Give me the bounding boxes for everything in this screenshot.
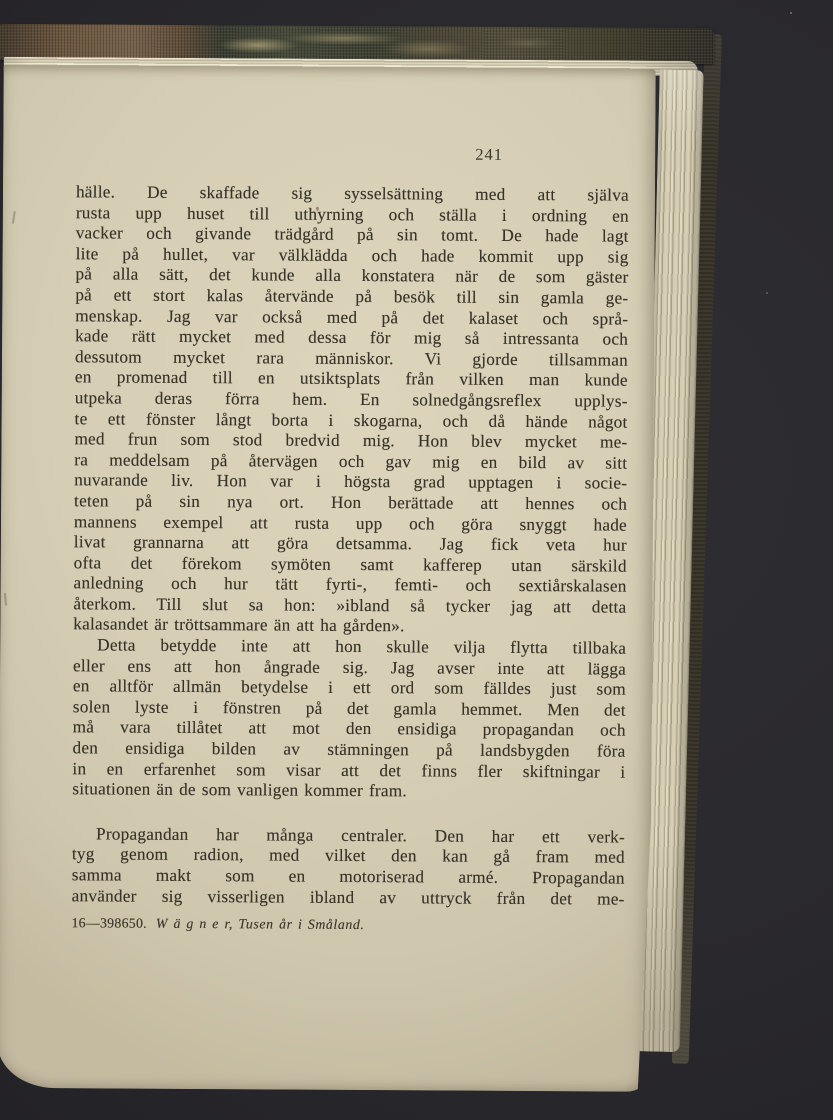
photo-background: 241 hälle. De skaffade sig sysselsättnin…: [0, 0, 833, 1120]
text-line: med frun som stod bredvid mig. Hon blev …: [74, 429, 627, 453]
edition-code: 16—398650.: [71, 915, 147, 930]
text-line: hälle. De skaffade sig sysselsättning me…: [76, 182, 629, 206]
text-line: den ensidiga bilden av stämningen på lan…: [73, 738, 626, 762]
text-line: livat grannarna att göra detsamma. Jag f…: [74, 532, 627, 556]
text-line: teten på sin nya ort. Hon berättade att …: [74, 491, 627, 515]
text-block: hälle. De skaffade sig sysselsättning me…: [71, 182, 629, 937]
paragraph: Detta betydde inte att hon skulle vilja …: [72, 635, 626, 803]
text-line: utpeka deras förra hem. En solnedgångsre…: [75, 388, 628, 412]
binding-stitch: [12, 211, 16, 224]
body-text: hälle. De skaffade sig sysselsättning me…: [72, 182, 629, 910]
book-title-reference: W ä g n e r, Tusen år i Småland.: [156, 916, 365, 932]
text-line: situationen än de som vanligen kommer fr…: [72, 779, 625, 803]
paragraph: hälle. De skaffade sig sysselsättning me…: [73, 182, 629, 638]
binding-stitch: [4, 593, 7, 606]
paragraph: Propagandan har många centraler. Den har…: [72, 824, 625, 910]
dust-speck: [790, 12, 792, 14]
book: 241 hälle. De skaffade sig sysselsättnin…: [0, 24, 722, 1092]
page-number: 241: [458, 145, 520, 165]
text-line: använder sig visserligen ibland av uttry…: [72, 886, 625, 910]
book-page: 241 hälle. De skaffade sig sysselsättnin…: [0, 65, 656, 1092]
text-line: samma makt som en motoriserad armé. Prop…: [72, 865, 625, 889]
printers-mark-footnote: 16—398650.W ä g n e r, Tusen år i Smålan…: [71, 913, 624, 937]
text-line: på ett stort kalas återvände på besök ti…: [75, 285, 628, 309]
dust-speck: [766, 292, 768, 294]
text-line: Detta betydde inte att hon skulle vilja …: [73, 635, 626, 659]
